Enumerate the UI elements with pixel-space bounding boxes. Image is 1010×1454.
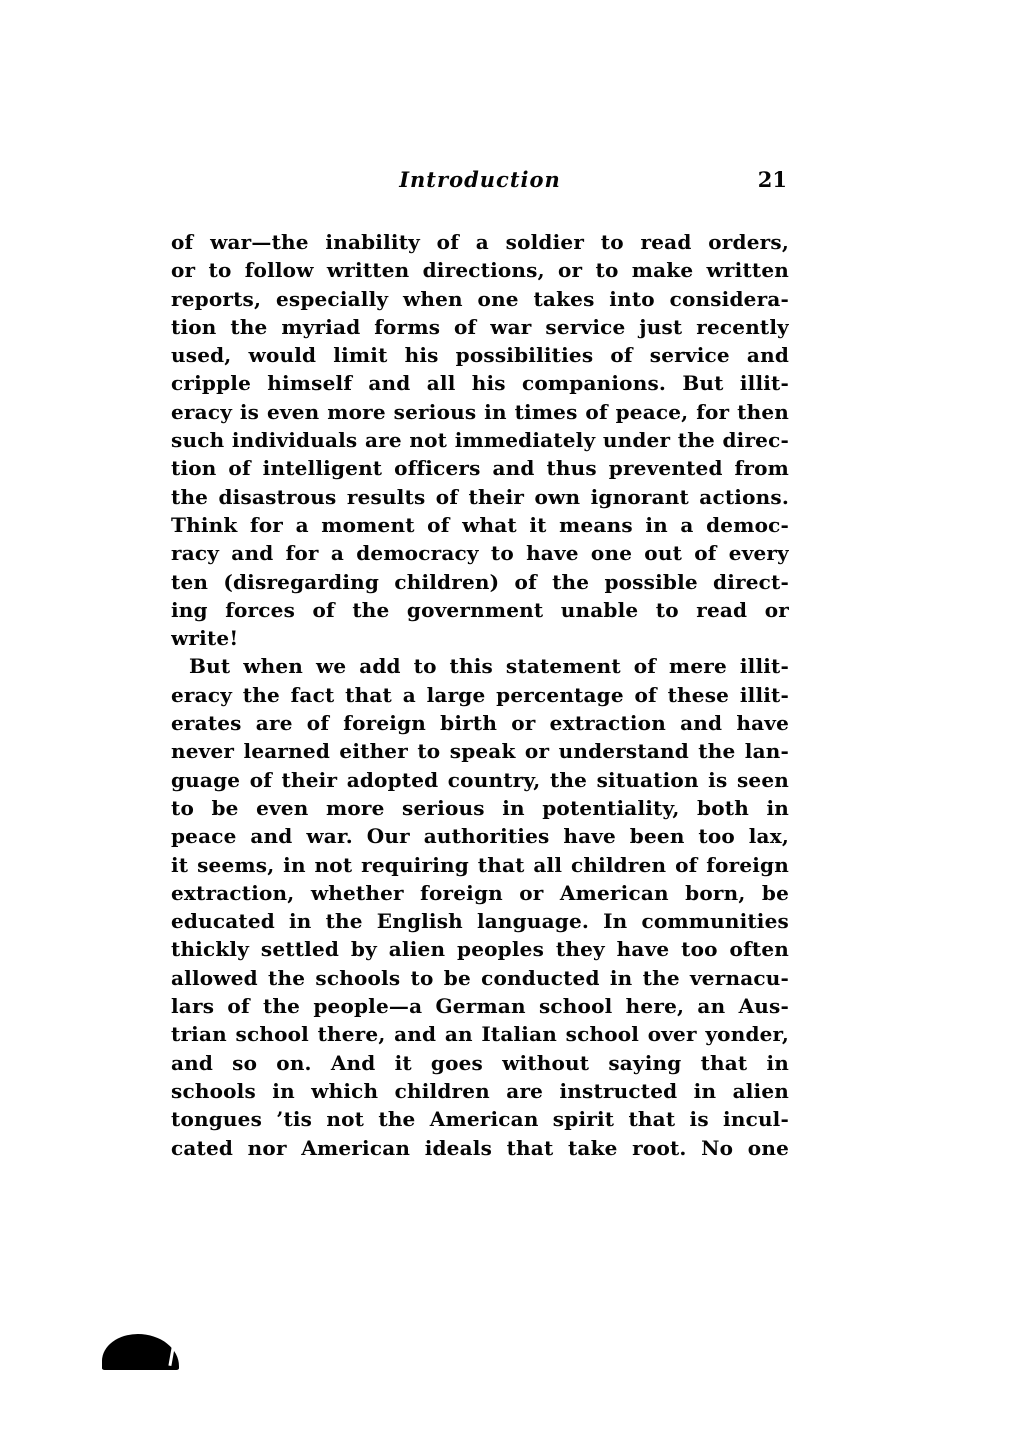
text-line: racy and for a democracy to have one out…: [171, 539, 789, 567]
text-column: Introduction 21 of war—the inability of …: [171, 166, 789, 1162]
text-line: cripple himself and all his companions. …: [171, 369, 789, 397]
text-line: educated in the English language. In com…: [171, 907, 789, 935]
scan-smudge-artifact: [102, 1334, 179, 1370]
text-line: such individuals are not immediately und…: [171, 426, 789, 454]
text-line: ing forces of the government unable to r…: [171, 596, 789, 624]
paragraph: of war—the inability of a soldier to rea…: [171, 228, 789, 652]
text-line: tongues ’tis not the American spirit tha…: [171, 1105, 789, 1133]
text-line: extraction, whether foreign or American …: [171, 879, 789, 907]
text-line: thickly settled by alien peoples they ha…: [171, 935, 789, 963]
text-line: guage of their adopted country, the situ…: [171, 766, 789, 794]
text-line: Think for a moment of what it means in a…: [171, 511, 789, 539]
text-line: tion of intelligent officers and thus pr…: [171, 454, 789, 482]
text-line: allowed the schools to be conducted in t…: [171, 964, 789, 992]
text-line: trian school there, and an Italian schoo…: [171, 1020, 789, 1048]
text-line: cated nor American ideals that take root…: [171, 1134, 789, 1162]
text-line: peace and war. Our authorities have been…: [171, 822, 789, 850]
text-line: eracy the fact that a large percentage o…: [171, 681, 789, 709]
text-line: write!: [171, 624, 789, 652]
text-line: it seems, in not requiring that all chil…: [171, 851, 789, 879]
text-line: or to follow written directions, or to m…: [171, 256, 789, 284]
text-line: ten (disregarding children) of the possi…: [171, 568, 789, 596]
text-line: eracy is even more serious in times of p…: [171, 398, 789, 426]
text-line: to be even more serious in potentiality,…: [171, 794, 789, 822]
text-line: of war—the inability of a soldier to rea…: [171, 228, 789, 256]
text-line: erates are of foreign birth or extractio…: [171, 709, 789, 737]
scanned-book-page: Introduction 21 of war—the inability of …: [0, 0, 1010, 1454]
text-line: reports, especially when one takes into …: [171, 285, 789, 313]
text-line: lars of the people—a German school here,…: [171, 992, 789, 1020]
text-line: tion the myriad forms of war service jus…: [171, 313, 789, 341]
running-title: Introduction: [171, 166, 789, 194]
text-line: schools in which children are instructed…: [171, 1077, 789, 1105]
page-header: Introduction 21: [171, 166, 789, 198]
scan-smudge-highlight: [168, 1336, 176, 1366]
text-line: But when we add to this statement of mer…: [171, 652, 789, 680]
page-number: 21: [758, 166, 787, 194]
text-line: never learned either to speak or underst…: [171, 737, 789, 765]
text-line: used, would limit his possibilities of s…: [171, 341, 789, 369]
text-line: the disastrous results of their own igno…: [171, 483, 789, 511]
paragraph: But when we add to this statement of mer…: [171, 652, 789, 1161]
text-line: and so on. And it goes without saying th…: [171, 1049, 789, 1077]
page-body: of war—the inability of a soldier to rea…: [171, 228, 789, 1162]
